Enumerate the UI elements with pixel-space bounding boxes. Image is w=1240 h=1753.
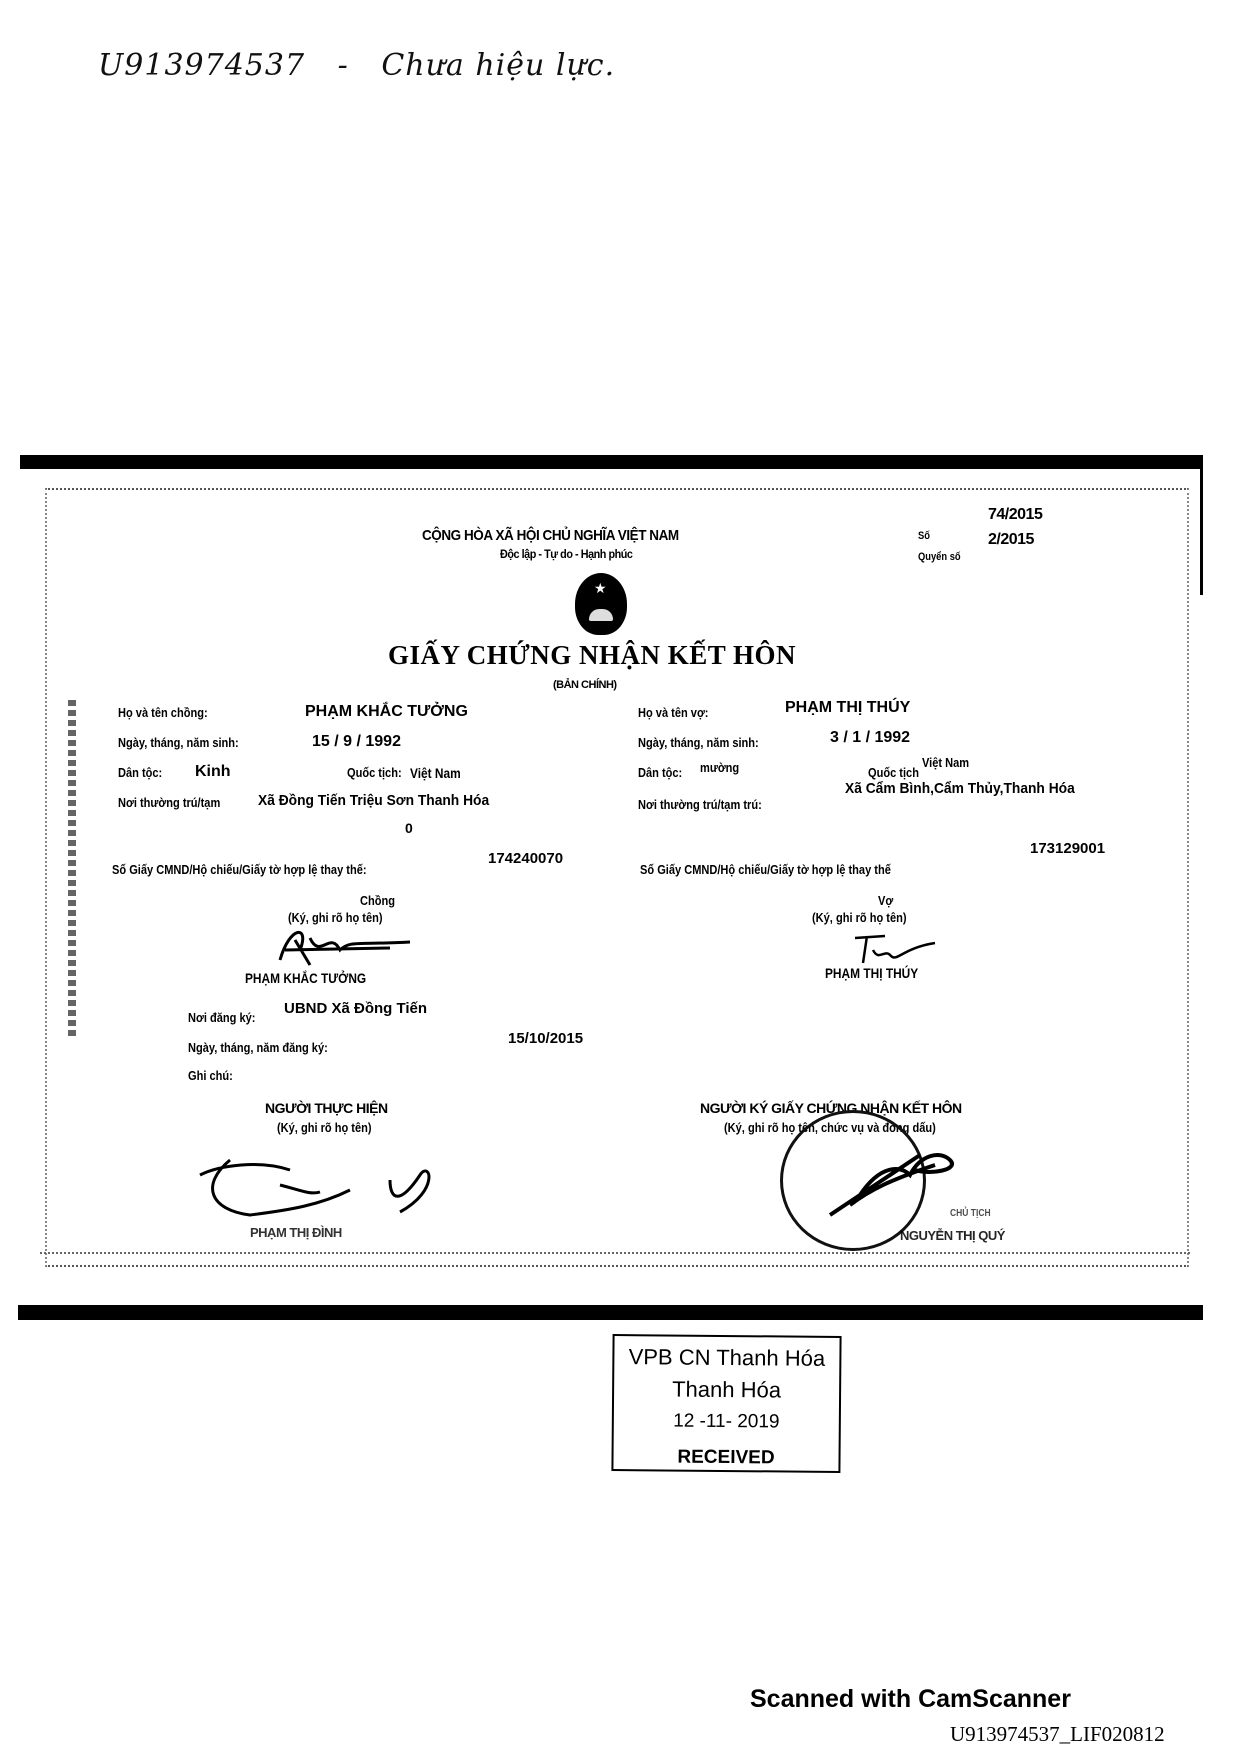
wife-id-value: 173129001 <box>1030 840 1105 857</box>
wife-nationality-label: Quốc tịch <box>868 765 919 780</box>
book-value: 2/2015 <box>988 531 1034 549</box>
vertical-side-print <box>68 700 76 1040</box>
wife-id-label: Số Giấy CMND/Hộ chiếu/Giấy tờ hợp lệ tha… <box>640 862 891 877</box>
husband-ethnicity-label: Dân tộc: <box>118 765 162 780</box>
book-label: Quyển số <box>918 551 961 563</box>
stamp-line-1: VPB CN Thanh Hóa <box>614 1344 839 1372</box>
national-header: CỘNG HÒA XÃ HỘI CHỦ NGHĨA VIỆT NAM <box>422 527 679 544</box>
registration-date: 15/10/2015 <box>508 1030 583 1047</box>
husband-residence-extra: 0 <box>405 820 413 836</box>
wife-sign-role: Vợ <box>878 893 893 908</box>
received-stamp: VPB CN Thanh Hóa Thanh Hóa 12 -11- 2019 … <box>611 1334 841 1473</box>
registration-date-label: Ngày, tháng, năm đăng ký: <box>188 1040 328 1055</box>
wife-residence: Xã Cẩm Bình,Cẩm Thủy,Thanh Hóa <box>845 780 1075 797</box>
registration-note-label: Ghi chú: <box>188 1068 233 1083</box>
husband-nationality-label: Quốc tịch: <box>347 765 402 780</box>
certificate-title: GIẤY CHỨNG NHẬN KẾT HÔN <box>388 640 796 671</box>
performer-signature <box>190 1150 450 1225</box>
wife-dob-label: Ngày, tháng, năm sinh: <box>638 735 759 750</box>
husband-name-label: Họ và tên chồng: <box>118 705 208 720</box>
husband-residence: Xã Đồng Tiến Triệu Sơn Thanh Hóa <box>258 792 489 809</box>
certificate-subtitle: (BẢN CHÍNH) <box>553 679 617 691</box>
wife-sign-hint: (Ký, ghi rõ họ tên) <box>812 910 907 925</box>
registration-place: UBND Xã Đồng Tiến <box>284 1000 427 1017</box>
wife-dob: 3 / 1 / 1992 <box>830 729 910 747</box>
document-id: U913974537_LIF020812 <box>950 1722 1165 1747</box>
wife-name: PHẠM THỊ THÚY <box>785 699 910 717</box>
wife-ethnicity: mường <box>700 760 739 775</box>
national-motto: Độc lập - Tự do - Hạnh phúc <box>500 547 632 561</box>
husband-signature <box>270 920 420 970</box>
handwritten-separator: - <box>338 48 349 83</box>
wife-signature <box>845 928 945 968</box>
bottom-scan-bar <box>18 1305 1203 1320</box>
national-emblem-icon <box>575 573 627 635</box>
handwritten-note: U913974537 - Chưa hiệu lực. <box>98 48 615 83</box>
husband-name: PHẠM KHẮC TƯỞNG <box>305 703 468 721</box>
husband-sign-role: Chồng <box>360 893 395 908</box>
husband-id-value: 174240070 <box>488 850 563 867</box>
wife-ethnicity-label: Dân tộc: <box>638 765 682 780</box>
wife-nationality: Việt Nam <box>922 755 969 770</box>
number-value: 74/2015 <box>988 506 1042 524</box>
handwritten-code: U913974537 <box>98 48 305 83</box>
camscanner-watermark: Scanned with CamScanner <box>750 1685 1071 1714</box>
handwritten-remark: Chưa hiệu lực. <box>381 48 615 83</box>
husband-ethnicity: Kinh <box>195 763 231 781</box>
wife-name-label: Họ và tên vợ: <box>638 705 708 720</box>
top-scan-bar <box>20 455 1200 469</box>
wife-signed-name: PHẠM THỊ THÚY <box>825 965 918 981</box>
husband-nationality: Việt Nam <box>410 765 461 781</box>
number-label: Số <box>918 530 930 542</box>
stamp-status: RECEIVED <box>613 1446 838 1470</box>
husband-id-label: Số Giấy CMND/Hộ chiếu/Giấy tờ hợp lệ tha… <box>112 862 367 877</box>
performer-name: PHẠM THỊ ĐÌNH <box>250 1225 342 1240</box>
husband-dob-label: Ngày, tháng, năm sinh: <box>118 735 239 750</box>
registration-place-label: Nơi đăng ký: <box>188 1010 255 1025</box>
husband-signed-name: PHẠM KHẮC TƯỞNG <box>245 970 366 986</box>
husband-dob: 15 / 9 / 1992 <box>312 733 401 751</box>
performer-heading: NGƯỜI THỰC HIỆN <box>265 1100 388 1116</box>
signer-name: NGUYỄN THỊ QUÝ <box>900 1228 1005 1243</box>
right-scan-edge <box>1200 455 1203 595</box>
husband-residence-label: Nơi thường trú/tạm <box>118 795 220 810</box>
stamp-line-2: Thanh Hóa <box>614 1376 839 1404</box>
signer-position: CHỦ TỊCH <box>950 1208 991 1219</box>
signer-signature <box>820 1135 970 1225</box>
performer-hint: (Ký, ghi rõ họ tên) <box>277 1120 372 1135</box>
wife-residence-label: Nơi thường trú/tạm trú: <box>638 797 762 812</box>
certificate-bottom-edge <box>40 1252 1190 1254</box>
stamp-date: 12 -11- 2019 <box>614 1410 839 1434</box>
